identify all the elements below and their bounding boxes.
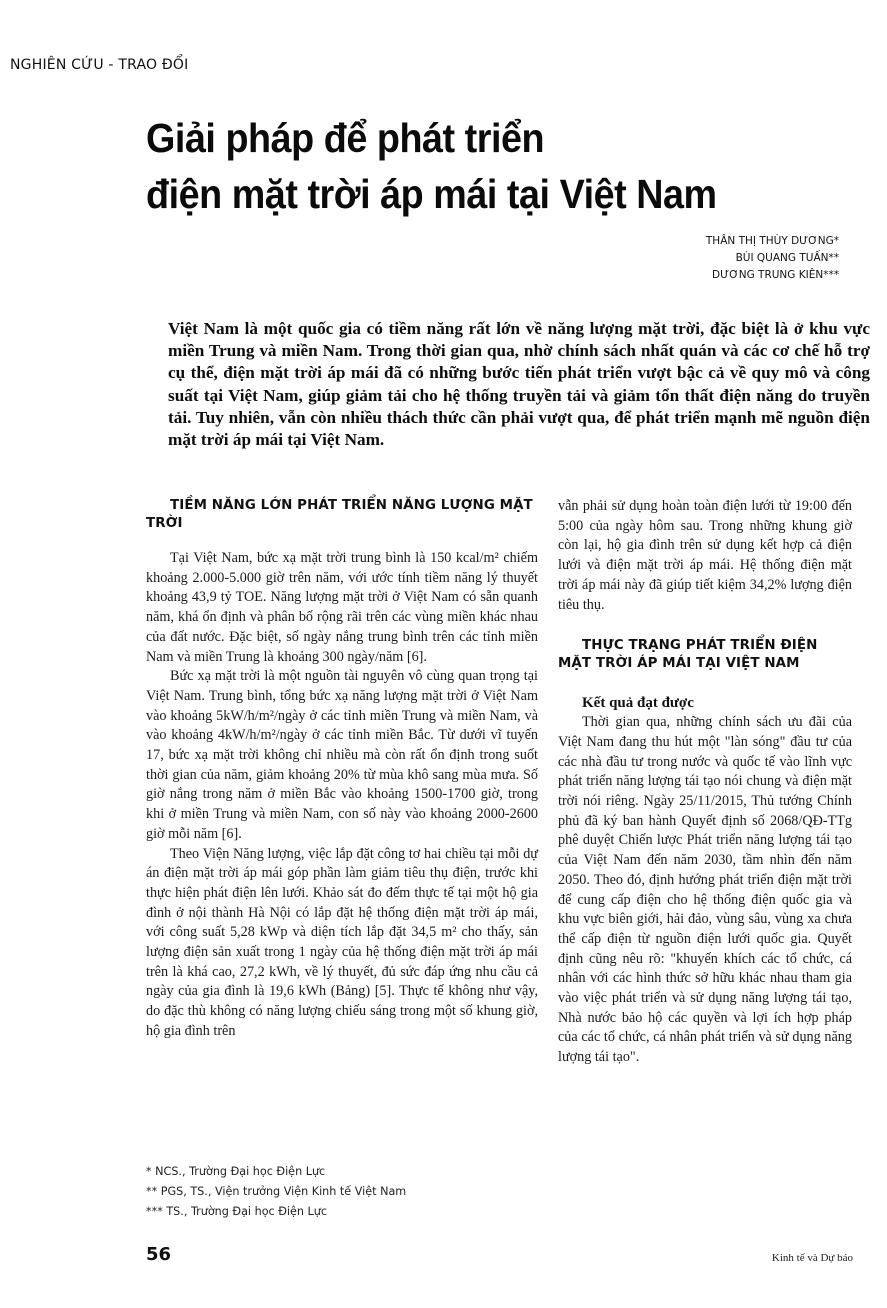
author-list: THÂN THỊ THÙY DƯƠNG* BÙI QUANG TUẤN** DƯ… (706, 233, 839, 284)
author: DƯƠNG TRUNG KIÊN*** (706, 267, 839, 284)
paragraph: Bức xạ mặt trời là một nguồn tài nguyên … (146, 667, 538, 844)
paragraph: Tại Việt Nam, bức xạ mặt trời trung bình… (146, 549, 538, 667)
title-line-1: Giải pháp để phát triển (146, 110, 717, 166)
footnote: *** TS., Trường Đại học Điện Lực (146, 1202, 406, 1222)
right-column: vẫn phải sử dụng hoàn toàn điện lưới từ … (558, 497, 852, 1068)
section-heading: THỰC TRẠNG PHÁT TRIỂN ĐIỆN MẶT TRỜI ÁP M… (558, 637, 852, 673)
footnote: ** PGS, TS., Viện trưởng Viện Kinh tế Vi… (146, 1182, 406, 1202)
left-column: TIỀM NĂNG LỚN PHÁT TRIỂN NĂNG LƯỢNG MẶT … (146, 497, 538, 1042)
footnote: * NCS., Trường Đại học Điện Lực (146, 1162, 406, 1182)
paragraph: Theo Viện Năng lượng, việc lắp đặt công … (146, 845, 538, 1042)
title-line-2: điện mặt trời áp mái tại Việt Nam (146, 166, 717, 222)
footnotes: * NCS., Trường Đại học Điện Lực ** PGS, … (146, 1162, 406, 1222)
author: BÙI QUANG TUẤN** (706, 250, 839, 267)
author: THÂN THỊ THÙY DƯƠNG* (706, 233, 839, 250)
subsection-heading: Kết quả đạt được (558, 693, 852, 713)
section-label: NGHIÊN CỨU - TRAO ĐỔI (10, 57, 188, 73)
article-title: Giải pháp để phát triển điện mặt trời áp… (146, 110, 717, 222)
paragraph: Thời gian qua, những chính sách ưu đãi c… (558, 713, 852, 1068)
paragraph-continuation: vẫn phải sử dụng hoàn toàn điện lưới từ … (558, 497, 852, 615)
section-heading: TIỀM NĂNG LỚN PHÁT TRIỂN NĂNG LƯỢNG MẶT … (146, 497, 538, 533)
abstract: Việt Nam là một quốc gia có tiềm năng rấ… (168, 318, 870, 451)
journal-name: Kinh tế và Dự báo (772, 1252, 853, 1264)
page-number: 56 (146, 1244, 171, 1265)
